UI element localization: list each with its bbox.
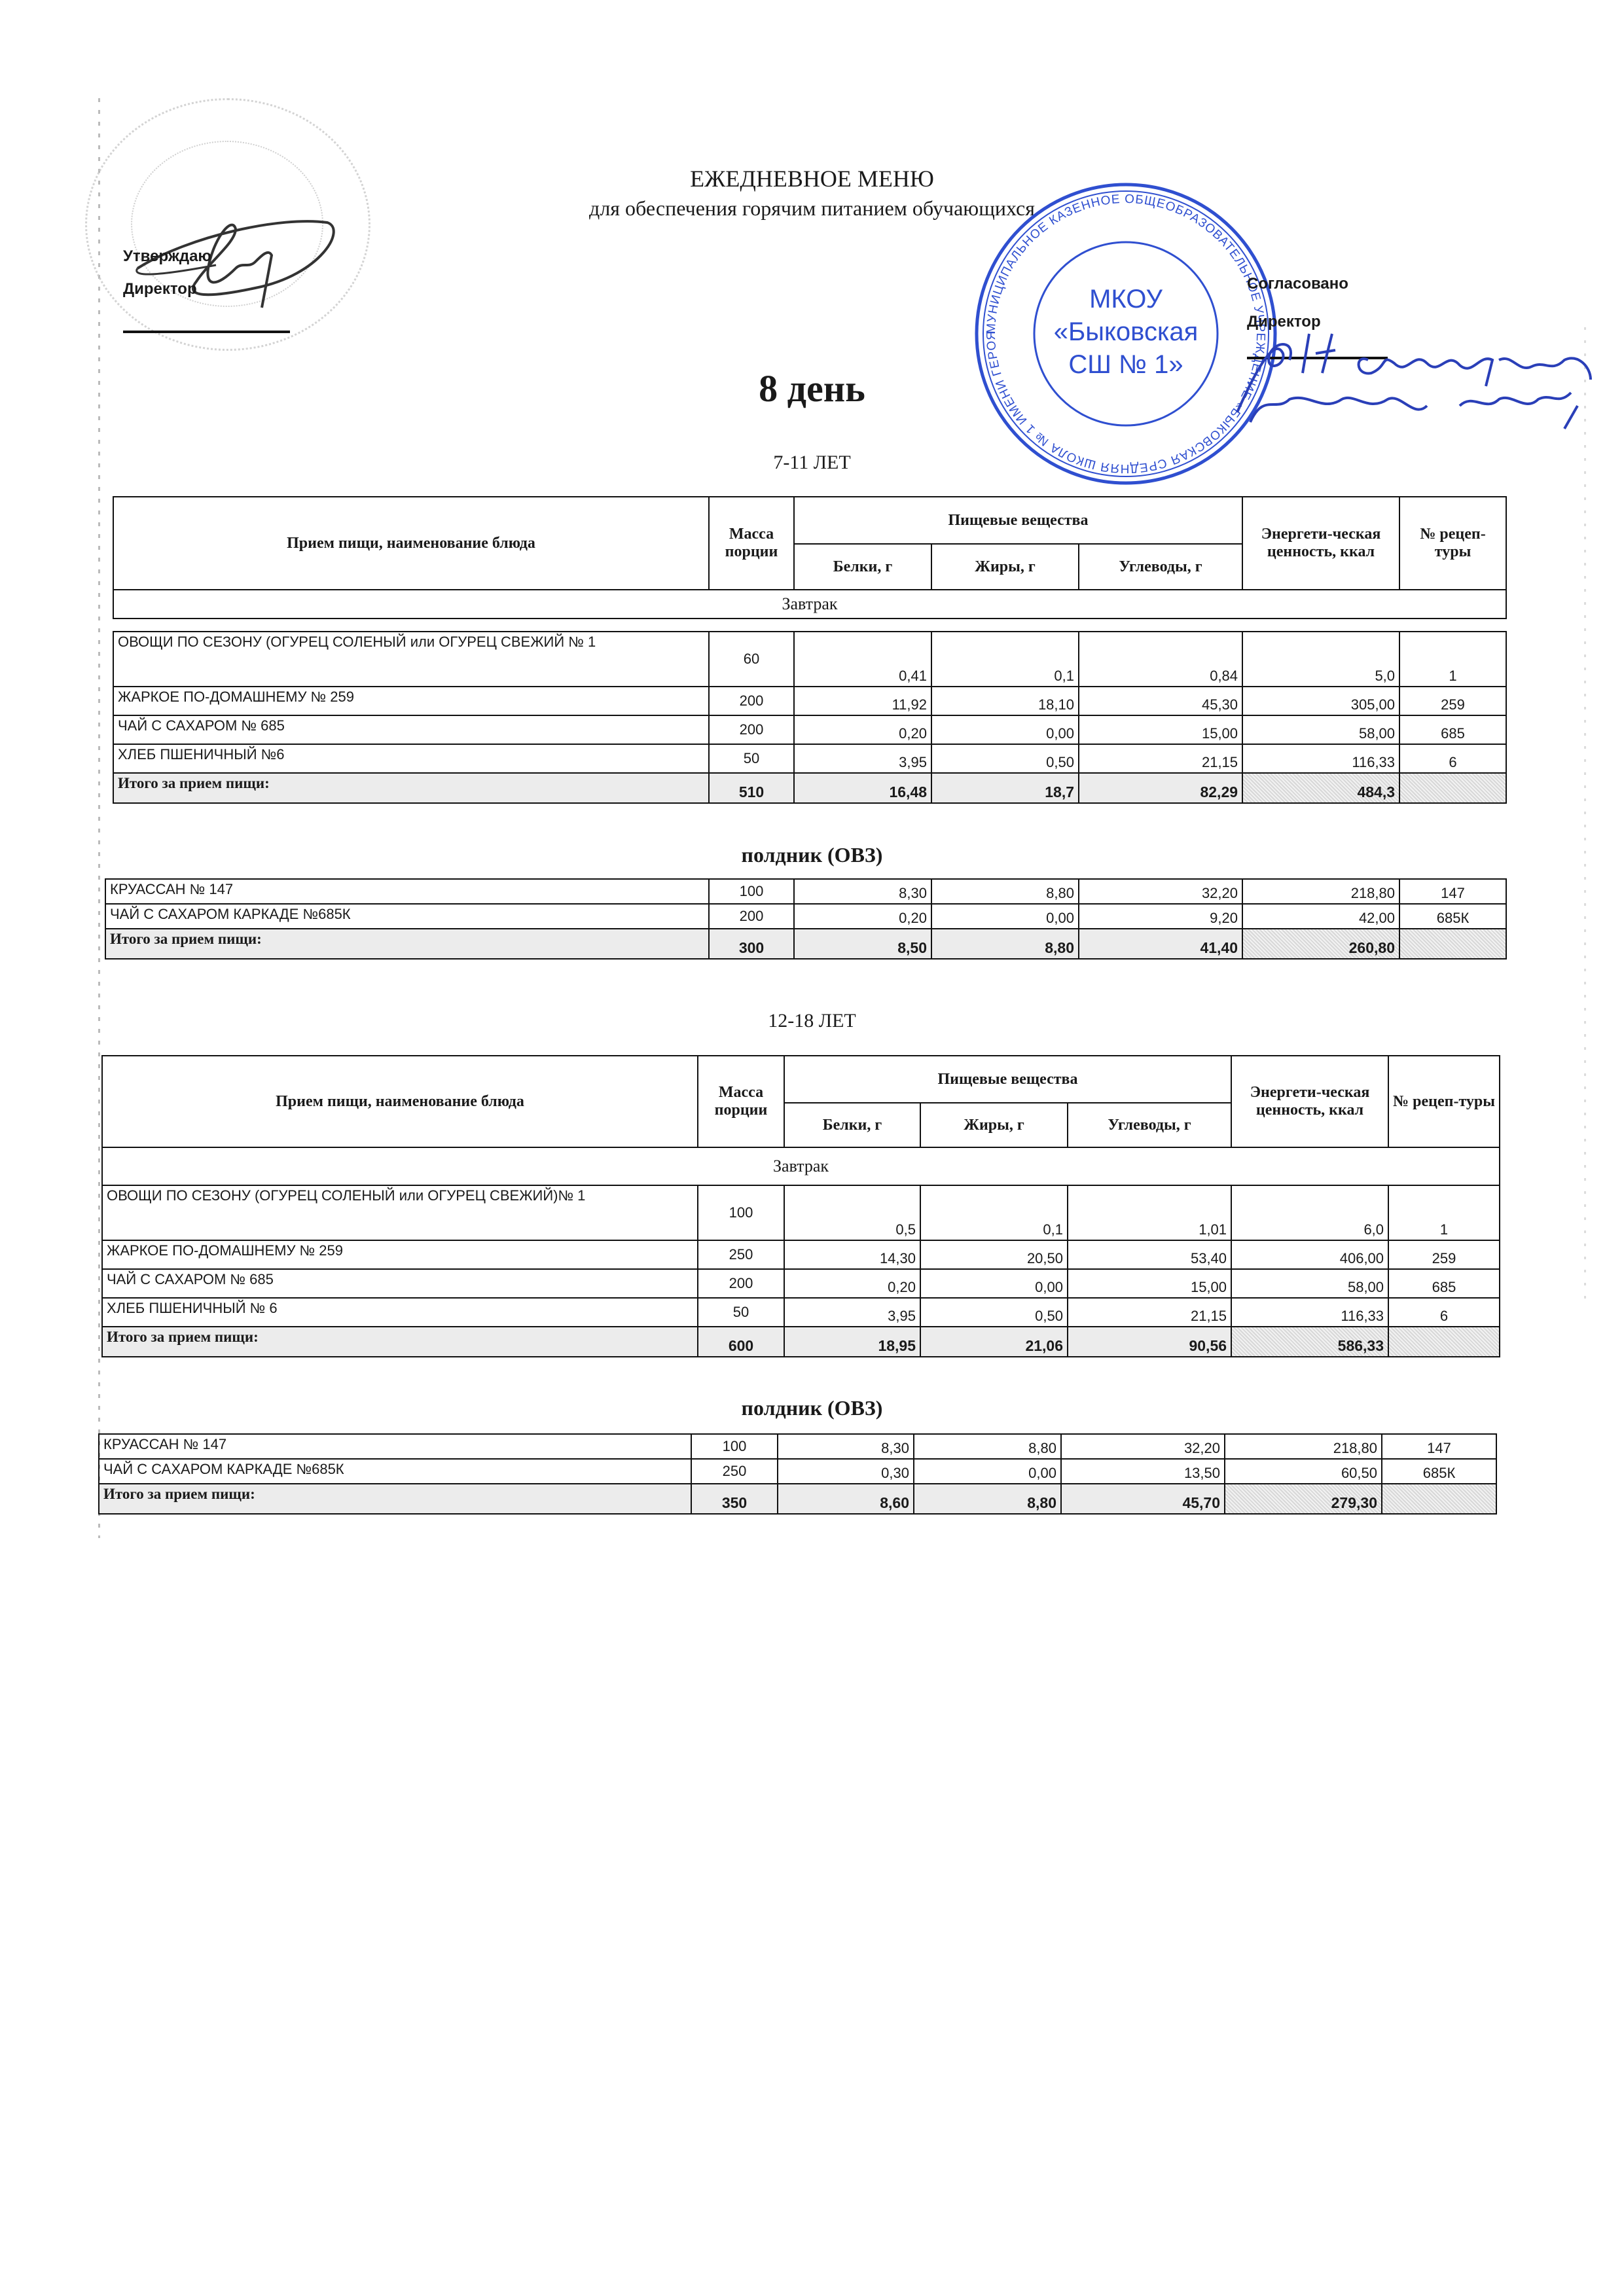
fat-value: 21,06: [920, 1327, 1068, 1357]
fat-value: 0,00: [931, 715, 1079, 744]
energy-value: 260,80: [1242, 929, 1399, 959]
portion-mass: 250: [691, 1459, 778, 1484]
energy-value: 5,0: [1242, 632, 1399, 687]
protein-value: 0,30: [778, 1459, 914, 1484]
protein-value: 16,48: [794, 773, 931, 803]
recipe-number: 147: [1382, 1434, 1496, 1459]
meal-section-breakfast: Завтрак: [102, 1147, 1500, 1185]
carbs-value: 82,29: [1079, 773, 1242, 803]
col-header-recipe: № рецеп-туры: [1388, 1056, 1500, 1147]
col-header-name: Прием пищи, наименование блюда: [113, 497, 709, 590]
protein-value: 11,92: [794, 687, 931, 715]
recipe-number: 6: [1388, 1298, 1500, 1327]
dish-name: ОВОЩИ ПО СЕЗОНУ (ОГУРЕЦ СОЛЕНЫЙ или ОГУР…: [102, 1185, 698, 1240]
total-row: Итого за прием пищи:51016,4818,782,29484…: [113, 773, 1506, 803]
table-row: ОВОЩИ ПО СЕЗОНУ (ОГУРЕЦ СОЛЕНЫЙ или ОГУР…: [113, 632, 1506, 687]
table-row: ЧАЙ С САХАРОМ КАРКАДЕ №685К2500,300,0013…: [99, 1459, 1496, 1484]
energy-value: 58,00: [1242, 715, 1399, 744]
protein-value: 0,41: [794, 632, 931, 687]
table-row: ХЛЕБ ПШЕНИЧНЫЙ № 6503,950,5021,15116,336: [102, 1298, 1500, 1327]
total-row: Итого за прием пищи:3508,608,8045,70279,…: [99, 1484, 1496, 1514]
dish-name: ЧАЙ С САХАРОМ КАРКАДЕ №685К: [99, 1459, 691, 1484]
breakfast-table-7-11: Прием пищи, наименование блюда Масса пор…: [113, 496, 1507, 804]
energy-value: 279,30: [1225, 1484, 1382, 1514]
carbs-value: 53,40: [1068, 1240, 1231, 1269]
portion-mass: 350: [691, 1484, 778, 1514]
fat-value: 0,50: [931, 744, 1079, 773]
col-header-energy: Энергети-ческая ценность, ккал: [1242, 497, 1399, 590]
protein-value: 18,95: [784, 1327, 920, 1357]
portion-mass: 200: [709, 715, 794, 744]
col-header-nutrients: Пищевые вещества: [794, 497, 1242, 544]
snack-table-12-18: КРУАССАН № 1471008,308,8032,20218,80147Ч…: [98, 1433, 1497, 1515]
portion-mass: 250: [698, 1240, 784, 1269]
recipe-number: 259: [1399, 687, 1506, 715]
age-group-title: 12-18 ЛЕТ: [0, 1010, 1624, 1032]
col-header-protein: Белки, г: [784, 1103, 920, 1147]
fat-value: 18,7: [931, 773, 1079, 803]
recipe-number: [1388, 1327, 1500, 1357]
dish-name: КРУАССАН № 147: [99, 1434, 691, 1459]
dish-name: ЧАЙ С САХАРОМ № 685: [102, 1269, 698, 1298]
recipe-number: 259: [1388, 1240, 1500, 1269]
dish-name: ХЛЕБ ПШЕНИЧНЫЙ №6: [113, 744, 709, 773]
meal-section-breakfast: Завтрак: [113, 590, 1506, 619]
table-row: КРУАССАН № 1471008,308,8032,20218,80147: [105, 879, 1506, 904]
col-header-carbs: Углеводы, г: [1068, 1103, 1231, 1147]
approve-label: Утверждаю: [123, 247, 211, 266]
portion-mass: 60: [709, 632, 794, 687]
dish-name: ЧАЙ С САХАРОМ № 685: [113, 715, 709, 744]
recipe-number: [1399, 773, 1506, 803]
energy-value: 116,33: [1231, 1298, 1388, 1327]
portion-mass: 200: [709, 687, 794, 715]
col-header-fat: Жиры, г: [920, 1103, 1068, 1147]
meal-section-snack: полдник (ОВЗ): [0, 1396, 1624, 1420]
carbs-value: 0,84: [1079, 632, 1242, 687]
recipe-number: 685: [1388, 1269, 1500, 1298]
fat-value: 20,50: [920, 1240, 1068, 1269]
protein-value: 8,30: [794, 879, 931, 904]
dish-name: ОВОЩИ ПО СЕЗОНУ (ОГУРЕЦ СОЛЕНЫЙ или ОГУР…: [113, 632, 709, 687]
energy-value: 60,50: [1225, 1459, 1382, 1484]
protein-value: 0,5: [784, 1185, 920, 1240]
table-row: ОВОЩИ ПО СЕЗОНУ (ОГУРЕЦ СОЛЕНЫЙ или ОГУР…: [102, 1185, 1500, 1240]
col-header-mass: Масса порции: [698, 1056, 784, 1147]
dish-name: КРУАССАН № 147: [105, 879, 709, 904]
carbs-value: 90,56: [1068, 1327, 1231, 1357]
table-row: ЖАРКОЕ ПО-ДОМАШНЕМУ № 25925014,3020,5053…: [102, 1240, 1500, 1269]
fat-value: 8,80: [914, 1484, 1061, 1514]
dish-name: Итого за прием пищи:: [113, 773, 709, 803]
fat-value: 8,80: [931, 879, 1079, 904]
carbs-value: 45,30: [1079, 687, 1242, 715]
dish-name: ЧАЙ С САХАРОМ КАРКАДЕ №685К: [105, 904, 709, 929]
fat-value: 18,10: [931, 687, 1079, 715]
dish-name: ХЛЕБ ПШЕНИЧНЫЙ № 6: [102, 1298, 698, 1327]
protein-value: 0,20: [794, 715, 931, 744]
col-header-mass: Масса порции: [709, 497, 794, 590]
protein-value: 8,50: [794, 929, 931, 959]
spacer-row: [113, 619, 1506, 632]
fat-value: 0,1: [920, 1185, 1068, 1240]
carbs-value: 32,20: [1061, 1434, 1225, 1459]
recipe-number: 685: [1399, 715, 1506, 744]
carbs-value: 41,40: [1079, 929, 1242, 959]
dish-name: ЖАРКОЕ ПО-ДОМАШНЕМУ № 259: [113, 687, 709, 715]
fat-value: 8,80: [914, 1434, 1061, 1459]
signature-line-left: [123, 331, 290, 333]
table-row: КРУАССАН № 1471008,308,8032,20218,80147: [99, 1434, 1496, 1459]
fat-value: 0,50: [920, 1298, 1068, 1327]
table-row: ЖАРКОЕ ПО-ДОМАШНЕМУ № 25920011,9218,1045…: [113, 687, 1506, 715]
scan-edge-artifact: [98, 98, 100, 1538]
recipe-number: 1: [1388, 1185, 1500, 1240]
fat-value: 0,00: [914, 1459, 1061, 1484]
fat-value: 0,00: [920, 1269, 1068, 1298]
fat-value: 0,1: [931, 632, 1079, 687]
recipe-number: [1382, 1484, 1496, 1514]
table-row: ЧАЙ С САХАРОМ № 6852000,200,0015,0058,00…: [113, 715, 1506, 744]
carbs-value: 15,00: [1079, 715, 1242, 744]
recipe-number: [1399, 929, 1506, 959]
document-title: ЕЖЕДНЕВНОЕ МЕНЮ: [0, 165, 1624, 192]
dish-name: Итого за прием пищи:: [102, 1327, 698, 1357]
breakfast-table-12-18: Прием пищи, наименование блюда Масса пор…: [101, 1055, 1500, 1357]
energy-value: 58,00: [1231, 1269, 1388, 1298]
fat-value: 0,00: [931, 904, 1079, 929]
portion-mass: 510: [709, 773, 794, 803]
portion-mass: 300: [709, 929, 794, 959]
protein-value: 3,95: [794, 744, 931, 773]
energy-value: 586,33: [1231, 1327, 1388, 1357]
col-header-nutrients: Пищевые вещества: [784, 1056, 1231, 1103]
carbs-value: 32,20: [1079, 879, 1242, 904]
carbs-value: 45,70: [1061, 1484, 1225, 1514]
stamp-center-line: «Быковская: [1054, 317, 1199, 346]
portion-mass: 100: [691, 1434, 778, 1459]
age-group-title: 7-11 ЛЕТ: [0, 452, 1624, 474]
portion-mass: 200: [698, 1269, 784, 1298]
col-header-energy: Энергети-ческая ценность, ккал: [1231, 1056, 1388, 1147]
stamp-center-line: МКОУ: [1089, 285, 1163, 314]
protein-value: 3,95: [784, 1298, 920, 1327]
dish-name: Итого за прием пищи:: [105, 929, 709, 959]
portion-mass: 100: [698, 1185, 784, 1240]
col-header-name: Прием пищи, наименование блюда: [102, 1056, 698, 1147]
document-subtitle: для обеспечения горячим питанием обучающ…: [0, 196, 1624, 221]
energy-value: 42,00: [1242, 904, 1399, 929]
col-header-carbs: Углеводы, г: [1079, 544, 1242, 590]
protein-value: 8,30: [778, 1434, 914, 1459]
recipe-number: 1: [1399, 632, 1506, 687]
carbs-value: 15,00: [1068, 1269, 1231, 1298]
protein-value: 0,20: [784, 1269, 920, 1298]
protein-value: 14,30: [784, 1240, 920, 1269]
carbs-value: 21,15: [1068, 1298, 1231, 1327]
table-row: ЧАЙ С САХАРОМ № 6852000,200,0015,0058,00…: [102, 1269, 1500, 1298]
energy-value: 218,80: [1242, 879, 1399, 904]
approve-role: Директор: [123, 280, 197, 298]
col-header-recipe: № рецеп-туры: [1399, 497, 1506, 590]
energy-value: 406,00: [1231, 1240, 1388, 1269]
total-row: Итого за прием пищи:3008,508,8041,40260,…: [105, 929, 1506, 959]
fat-value: 8,80: [931, 929, 1079, 959]
recipe-number: 685К: [1399, 904, 1506, 929]
dish-name: ЖАРКОЕ ПО-ДОМАШНЕМУ № 259: [102, 1240, 698, 1269]
portion-mass: 200: [709, 904, 794, 929]
snack-table-7-11: КРУАССАН № 1471008,308,8032,20218,80147Ч…: [105, 878, 1507, 960]
dish-name: Итого за прием пищи:: [99, 1484, 691, 1514]
table-row: ЧАЙ С САХАРОМ КАРКАДЕ №685К2000,200,009,…: [105, 904, 1506, 929]
scan-edge-artifact: [1584, 327, 1586, 1309]
recipe-number: 685К: [1382, 1459, 1496, 1484]
total-row: Итого за прием пищи:60018,9521,0690,5658…: [102, 1327, 1500, 1357]
portion-mass: 100: [709, 879, 794, 904]
col-header-fat: Жиры, г: [931, 544, 1079, 590]
portion-mass: 50: [709, 744, 794, 773]
energy-value: 6,0: [1231, 1185, 1388, 1240]
meal-section-snack: полдник (ОВЗ): [0, 843, 1624, 867]
col-header-protein: Белки, г: [794, 544, 931, 590]
table-row: ХЛЕБ ПШЕНИЧНЫЙ №6503,950,5021,15116,336: [113, 744, 1506, 773]
energy-value: 218,80: [1225, 1434, 1382, 1459]
protein-value: 0,20: [794, 904, 931, 929]
portion-mass: 50: [698, 1298, 784, 1327]
protein-value: 8,60: [778, 1484, 914, 1514]
energy-value: 305,00: [1242, 687, 1399, 715]
portion-mass: 600: [698, 1327, 784, 1357]
agreed-label: Согласовано: [1247, 275, 1348, 293]
energy-value: 116,33: [1242, 744, 1399, 773]
carbs-value: 13,50: [1061, 1459, 1225, 1484]
carbs-value: 9,20: [1079, 904, 1242, 929]
carbs-value: 1,01: [1068, 1185, 1231, 1240]
recipe-number: 6: [1399, 744, 1506, 773]
carbs-value: 21,15: [1079, 744, 1242, 773]
recipe-number: 147: [1399, 879, 1506, 904]
energy-value: 484,3: [1242, 773, 1399, 803]
day-title: 8 день: [0, 367, 1624, 410]
